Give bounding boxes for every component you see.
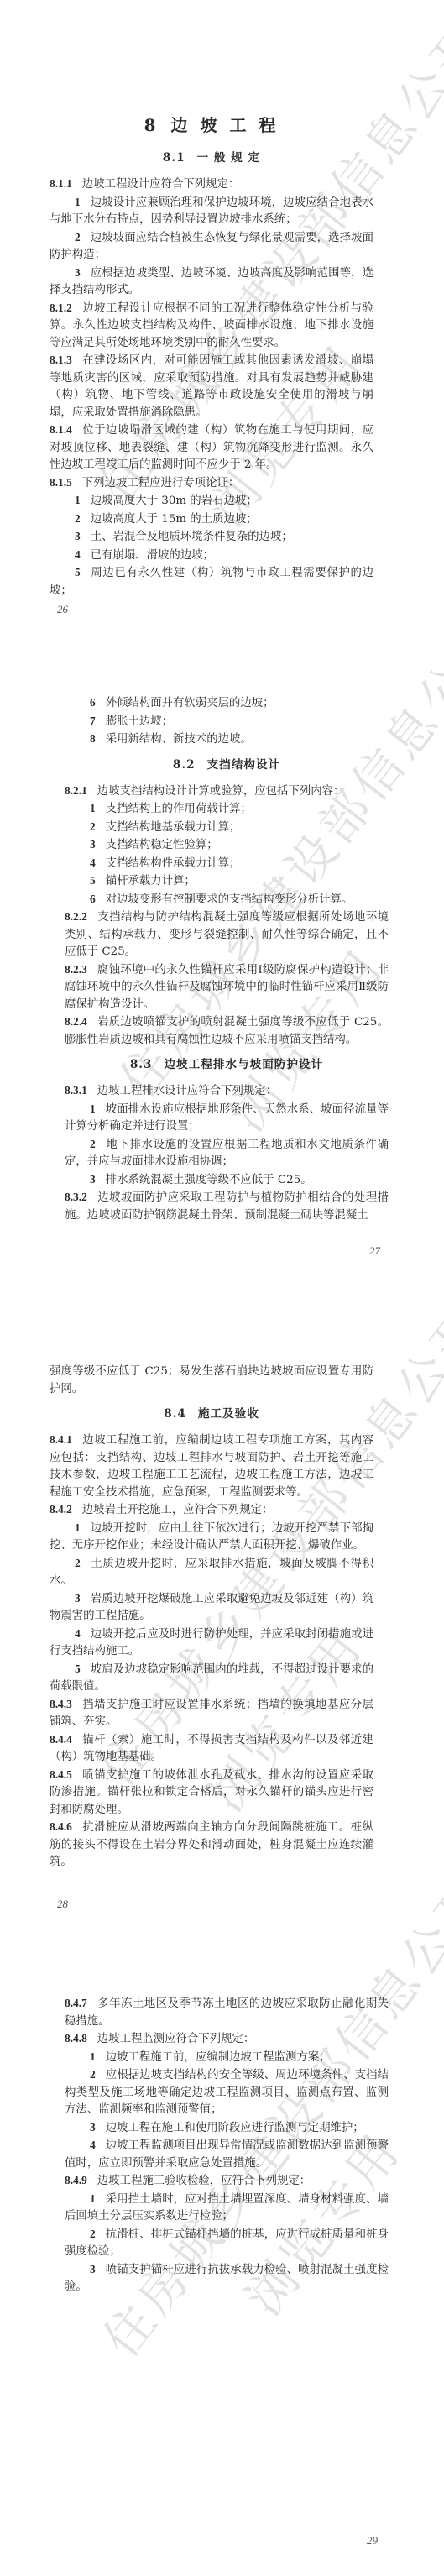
clause-number: 8.1.4 [50, 423, 72, 436]
clause-8-2-2: 8.2.2支挡结构与防护结构混凝土强度等级应根据所处场地环境类别、结构承载力、变… [65, 908, 389, 961]
clause-item: 3岩质边坡开挖爆破施工应采取避免边坡及邻近建（构）筑物震害的工程措施。 [50, 1590, 373, 1626]
item-number: 2 [75, 1557, 81, 1569]
item-number: 5 [75, 1662, 81, 1675]
clause-number: 8.1.3 [50, 353, 72, 366]
section-name: 边坡工程排水与坡面防护设计 [164, 1058, 323, 1071]
clause-text: 边坡工程设计应符合下列规定： [82, 178, 239, 191]
clause-text: 抗滑桩应从滑坡两端向主轴方向分段间隔跳桩施工。桩纵筋的接头不得设在土岩分界处和滑… [50, 1821, 373, 1868]
item-number: 2 [90, 2068, 96, 2081]
item-number: 8 [90, 732, 96, 745]
clause-item: 1边坡设计应兼顾治理和保护边坡环境，边坡应结合地表水与地下水分布特点，因势利导设… [50, 194, 373, 229]
clause-item: 1边坡工程施工前，应编制边坡工程监测方案； [65, 2049, 389, 2067]
item-number: 1 [90, 2192, 96, 2205]
clause-number: 8.4.4 [50, 1733, 72, 1746]
clause-number: 8.1.1 [50, 177, 72, 190]
item-number: 3 [75, 1592, 81, 1605]
item-number: 4 [90, 856, 96, 869]
section-title: 8.3边坡工程排水与坡面防护设计 [65, 1055, 389, 1074]
clause-text: 在建设场区内，对可能因施工或其他因素诱发滑坡、崩塌等地质灾害的区域，应采取预防措… [50, 354, 373, 419]
section-number: 8.3 [130, 1058, 153, 1071]
item-number: 4 [75, 548, 81, 561]
item-number: 5 [75, 566, 81, 579]
clause-number: 8.4.8 [65, 2032, 87, 2045]
item-number: 3 [90, 838, 96, 851]
chapter-name: 边 坡 工 程 [171, 115, 279, 135]
page-number: 26 [57, 603, 68, 616]
clause-item: 3土、岩混合及地质环境条件复杂的边坡； [50, 528, 373, 547]
item-text: 坡肩及边坡稳定影响范围内的堆载，不得超过设计要求的荷载限值。 [50, 1663, 373, 1694]
clause-item: 1支挡结构上的作用荷载计算； [65, 800, 389, 819]
clause-text: 边坡岩土开挖施工，应符合下列规定： [82, 1504, 274, 1516]
item-number: 6 [90, 696, 96, 709]
section-number: 8.1 [163, 151, 185, 165]
item-text: 支挡结构构件承载力计算； [106, 857, 241, 870]
clause-item: 3边坡工程在施工和使用阶段应进行监测与定期维护； [65, 2119, 389, 2138]
item-number: 1 [75, 494, 81, 506]
clause-text: 下列边坡工程应进行专项论证： [82, 477, 239, 490]
section-title: 8.2支挡结构设计 [65, 756, 389, 774]
item-number: 3 [75, 266, 81, 279]
item-text: 排水系统混凝土强度等级不应低于 C25。 [106, 1174, 312, 1186]
clause-8-1-1: 8.1.1边坡工程设计应符合下列规定： [50, 175, 373, 194]
clause-item: 1采用挡土墙时，应对挡土墙埋置深度、墙身材料强度、墙后回填土分层压实系数进行检验… [65, 2191, 389, 2226]
page-28: 住房城乡建设部信息公开 浏览专用 强度等级不应低于 C25；易发生落石崩块边坡坡… [0, 1285, 444, 1931]
clause-8-4-4: 8.4.4锚杆（索）施工时，不得损害支挡结构及构件以及邻近建（构）筑物地基基础。 [50, 1731, 373, 1767]
item-text: 土、岩混合及地质环境条件复杂的边坡； [91, 531, 293, 543]
section-number: 8.4 [164, 1407, 186, 1421]
clause-number: 8.4.9 [65, 2174, 87, 2186]
section-name: 支挡结构设计 [207, 758, 281, 772]
item-number: 4 [90, 2139, 96, 2151]
clause-8-1-4: 8.1.4位于边坡塌滑区域的建（构）筑物在施工与使用期间，应对坡顶位移、地表裂缝… [50, 421, 373, 474]
item-text: 周边已有永久性建（构）筑物与市政工程需要保护的边坡； [50, 567, 373, 597]
clause-8-1-3: 8.1.3在建设场区内，对可能因施工或其他因素诱发滑坡、崩塌等地质灾害的区域，应… [50, 352, 373, 421]
clause-text: 边坡工程监测应符合下列规定： [97, 2033, 254, 2045]
item-number: 2 [90, 1138, 96, 1150]
clause-text: 边坡工程设计应根据不同的工况进行整体稳定性分析与验算。永久性边坡支挡结构及构件、… [50, 302, 373, 349]
item-text: 锚杆承载力计算； [106, 875, 196, 887]
page-number: 28 [57, 1898, 68, 1911]
clause-8-2-3: 8.2.3腐蚀环境中的永久性锚杆应采用Ⅰ级防腐保护构造设计；非腐蚀环境中的永久性… [65, 961, 389, 1014]
clause-item: 7膨胀土边坡； [65, 713, 389, 731]
clause-text: 锚杆（索）施工时，不得损害支挡结构及构件以及邻近建（构）筑物地基基础。 [50, 1734, 373, 1764]
item-text: 边坡工程施工前，应编制边坡工程监测方案； [106, 2051, 331, 2064]
clause-item: 3支挡结构稳定性验算； [65, 836, 389, 855]
clause-number: 8.2.4 [65, 1015, 87, 1028]
clause-number: 8.4.1 [50, 1433, 72, 1446]
clause-item: 3排水系统混凝土强度等级不应低于 C25。 [65, 1171, 389, 1190]
clause-number: 8.4.7 [65, 1997, 87, 2009]
page-26: 住房城乡建设部信息公开 浏览专用 8边 坡 工 程 8.1一 般 规 定 8.1… [0, 0, 444, 630]
clause-text: 位于边坡塌滑区域的建（构）筑物在施工与使用期间，应对坡顶位移、地表裂缝、建（构）… [50, 424, 373, 471]
clause-8-3-1: 8.3.1边坡工程排水设计应符合下列规定： [65, 1082, 389, 1101]
item-text: 边坡高度大于 15m 的土质边坡； [91, 513, 258, 526]
item-text: 支挡结构上的作用荷载计算； [106, 803, 252, 815]
item-text: 已有崩塌、滑坡的边坡； [91, 549, 214, 562]
item-number: 4 [75, 1627, 81, 1640]
clause-8-4-1: 8.4.1边坡工程施工前，应编制边坡工程专项施工方案，其内容应包括：支挡结构、边… [50, 1432, 373, 1501]
item-text: 边坡高度大于 30m 的岩石边坡； [91, 495, 258, 507]
page-27: 住房城乡建设部信息公开 浏览专用 6外倾结构面并有软弱夹层的边坡； 7膨胀土边坡… [0, 630, 444, 1285]
clause-text: 边坡工程排水设计应符合下列规定： [97, 1085, 277, 1097]
clause-8-2-4: 8.2.4岩质边坡喷锚支护的喷射混凝土强度等级不应低于 C25。膨胀性岩质边坡和… [65, 1013, 389, 1049]
clause-item: 3应根据边坡类型、边坡环境、边坡高度及影响范围等，选择支挡结构形式。 [50, 264, 373, 300]
clause-item: 2边坡高度大于 15m 的土质边坡； [50, 510, 373, 529]
item-number: 5 [90, 874, 96, 887]
item-number: 1 [90, 2050, 96, 2063]
clause-text: 边坡工程施工验收检验，应符合下列规定： [97, 2175, 311, 2187]
clause-item: 4边坡工程监测项目出现异常情况或监测数据达到监测预警值时，应立即预警并采取应急处… [65, 2137, 389, 2172]
clause-item: 2抗滑桩、排桩式锚杆挡墙的桩基，应进行成桩质量和桩身强度检验； [65, 2226, 389, 2261]
item-text: 喷锚支护锚杆应进行抗拔承载力检验、喷射混凝土强度检验。 [65, 2264, 389, 2294]
item-text: 边坡开挖时，应由上往下依次进行；边坡开挖严禁下部掏挖、无序开挖作业；未经设计确认… [50, 1522, 373, 1552]
chapter-number: 8 [144, 115, 159, 135]
item-text: 边坡设计应兼顾治理和保护边坡环境，边坡应结合地表水与地下水分布特点，因势利导设置… [50, 196, 373, 227]
clause-item: 1边坡开挖时，应由上往下依次进行；边坡开挖严禁下部掏挖、无序开挖作业；未经设计确… [50, 1520, 373, 1555]
clause-item: 4已有崩塌、滑坡的边坡； [50, 547, 373, 565]
clause-number: 8.1.5 [50, 476, 72, 489]
clause-8-3-2-continued: 强度等级不应低于 C25；易发生落石崩块边坡坡面应设置专用防护网。 [50, 1364, 373, 1398]
item-text: 对边坡变形有控制要求的支挡结构变形分析计算。 [106, 893, 353, 906]
item-number: 1 [75, 1521, 81, 1534]
section-title: 8.1一 般 规 定 [50, 149, 373, 167]
section-number: 8.2 [173, 758, 196, 772]
chapter-title: 8边 坡 工 程 [50, 113, 373, 137]
item-text: 边坡工程在施工和使用阶段应进行监测与定期维护； [106, 2122, 364, 2134]
item-text: 外倾结构面并有软弱夹层的边坡； [106, 697, 274, 709]
clause-8-4-9: 8.4.9边坡工程施工验收检验，应符合下列规定： [65, 2172, 389, 2191]
clause-8-3-2: 8.3.2边坡坡面防护应采取工程防护与植物防护相结合的处理措施。边坡坡面防护钢筋… [65, 1189, 389, 1224]
clause-item: 5坡肩及边坡稳定影响范围内的堆载，不得超过设计要求的荷载限值。 [50, 1661, 373, 1696]
item-text: 支挡结构地基承载力计算； [106, 821, 241, 834]
clause-8-1-2: 8.1.2边坡工程设计应根据不同的工况进行整体稳定性分析与验算。永久性边坡支挡结… [50, 300, 373, 353]
section-name: 施工及验收 [198, 1407, 259, 1421]
item-number: 3 [90, 2121, 96, 2134]
clause-item: 1边坡高度大于 30m 的岩石边坡； [50, 492, 373, 510]
clause-text: 支挡结构与防护结构混凝土强度等级应根据所处场地环境类别、结构承载力、变形与裂缝控… [65, 911, 389, 958]
item-text: 应根据边坡支挡结构的安全等级、周边环境条件、支挡结构类型及施工场地等确定边坡工程… [65, 2069, 389, 2116]
clause-text: 边坡坡面防护应采取工程防护与植物防护相结合的处理措施。边坡坡面防护钢筋混凝土骨架… [65, 1191, 389, 1222]
clause-item: 8采用新结构、新技术的边坡。 [65, 730, 389, 749]
clause-8-2-1: 8.2.1边坡支挡结构设计计算或验算，应包括下列内容： [65, 783, 389, 801]
item-text: 膨胀土边坡； [106, 715, 173, 728]
clause-number: 8.2.3 [65, 963, 87, 976]
item-number: 3 [90, 2263, 96, 2275]
item-text: 抗滑桩、排桩式锚杆挡墙的桩基，应进行成桩质量和桩身强度检验； [65, 2228, 389, 2259]
item-number: 2 [90, 2228, 96, 2240]
clause-text: 边坡支挡结构设计计算或验算，应包括下列内容： [97, 785, 345, 798]
clause-8-4-2: 8.4.2边坡岩土开挖施工，应符合下列规定： [50, 1501, 373, 1520]
item-text: 坡面排水设施应根据地形条件、天然水系、坡面径流量等计算分析确定并进行设置； [65, 1103, 389, 1134]
item-number: 3 [75, 530, 81, 542]
clause-text: 多年冻土地区及季节冻土地区的边坡应采取防止融化期失稳措施。 [65, 1997, 389, 2028]
item-number: 2 [75, 231, 81, 243]
item-text: 地下排水设施的设置应根据工程地质和水文地质条件确定，并应与坡面排水设施相协调； [65, 1139, 389, 1169]
item-text: 土质边坡开挖时，应采取排水措施，坡面及坡脚不得积水。 [50, 1558, 373, 1588]
item-number: 6 [90, 893, 96, 905]
clause-text: 边坡工程施工前，应编制边坡工程专项施工方案，其内容应包括：支挡结构、边坡工程排水… [50, 1434, 373, 1499]
item-number: 1 [90, 1102, 96, 1115]
clause-number: 8.1.2 [50, 301, 72, 314]
clause-number: 8.2.2 [65, 910, 87, 923]
clause-item: 1坡面排水设施应根据地形条件、天然水系、坡面径流量等计算分析确定并进行设置； [65, 1101, 389, 1136]
item-text: 应根据边坡类型、边坡环境、边坡高度及影响范围等，选择支挡结构形式。 [50, 267, 373, 297]
clause-text: 腐蚀环境中的永久性锚杆应采用Ⅰ级防腐保护构造设计；非腐蚀环境中的永久性锚杆及腐蚀… [65, 964, 389, 1011]
page-number: 27 [369, 1244, 380, 1258]
clause-item: 2地下排水设施的设置应根据工程地质和水文地质条件确定，并应与坡面排水设施相协调； [65, 1136, 389, 1171]
clause-item: 4支挡结构构件承载力计算； [65, 855, 389, 873]
clause-8-4-6: 8.4.6抗滑桩应从滑坡两端向主轴方向分段间隔跳桩施工。桩纵筋的接头不得设在土岩… [50, 1819, 373, 1872]
clause-8-4-7: 8.4.7多年冻土地区及季节冻土地区的边坡应采取防止融化期失稳措施。 [65, 1995, 389, 2030]
item-text: 边坡坡面应结合植被生态恢复与绿化景观需要，选择坡面防护构造； [50, 232, 373, 262]
section-name: 一 般 规 定 [197, 151, 261, 165]
clause-number: 8.4.3 [50, 1698, 72, 1710]
clause-item: 2边坡坡面应结合植被生态恢复与绿化景观需要，选择坡面防护构造； [50, 229, 373, 264]
clause-text: 挡墙支护施工时应设置排水系统；挡墙的换填地基应分层铺筑、夯实。 [50, 1699, 373, 1729]
clause-item: 4边坡开挖后应及时进行防护处理，并应采取封闭措施或进行支挡结构施工。 [50, 1626, 373, 1661]
item-text: 边坡开挖后应及时进行防护处理，并应采取封闭措施或进行支挡结构施工。 [50, 1628, 373, 1658]
clause-number: 8.2.1 [65, 784, 87, 797]
item-number: 7 [90, 715, 96, 727]
item-number: 3 [90, 1173, 96, 1186]
item-number: 1 [75, 196, 81, 208]
clause-item: 6对边坡变形有控制要求的支挡结构变形分析计算。 [65, 891, 389, 909]
item-number: 2 [75, 512, 81, 525]
clause-item: 3喷锚支护锚杆应进行抗拔承载力检验、喷射混凝土强度检验。 [65, 2261, 389, 2296]
clause-item: 2应根据边坡支挡结构的安全等级、周边环境条件、支挡结构类型及施工场地等确定边坡工… [65, 2066, 389, 2119]
clause-8-4-5: 8.4.5喷锚支护施工的坡体泄水孔及截水、排水沟的设置应采取防渗措施。锚杆张拉和… [50, 1767, 373, 1819]
clause-text: 喷锚支护施工的坡体泄水孔及截水、排水沟的设置应采取防渗措施。锚杆张拉和锁定合格后… [50, 1769, 373, 1816]
clause-item: 5锚杆承载力计算； [65, 872, 389, 891]
clause-8-4-8: 8.4.8边坡工程监测应符合下列规定： [65, 2030, 389, 2049]
clause-item: 5周边已有永久性建（构）筑物与市政工程需要保护的边坡； [50, 564, 373, 599]
clause-8-1-5: 8.1.5下列边坡工程应进行专项论证： [50, 474, 373, 493]
clause-number: 8.3.2 [65, 1191, 87, 1203]
item-text: 采用新结构、新技术的边坡。 [106, 733, 252, 746]
section-title: 8.4施工及验收 [50, 1405, 373, 1423]
item-number: 2 [90, 820, 96, 833]
clause-8-4-3: 8.4.3挡墙支护施工时应设置排水系统；挡墙的换填地基应分层铺筑、夯实。 [50, 1696, 373, 1731]
clause-item: 2支挡结构地基承载力计算； [65, 819, 389, 837]
clause-number: 8.3.1 [65, 1084, 87, 1097]
clause-number: 8.4.2 [50, 1503, 72, 1516]
page-29: 住房城乡建设部信息公开 浏览专用 8.4.7多年冻土地区及季节冻土地区的边坡应采… [0, 1931, 444, 2576]
item-text: 支挡结构稳定性验算； [106, 839, 218, 851]
clause-number: 8.4.6 [50, 1820, 72, 1833]
clause-text: 岩质边坡喷锚支护的喷射混凝土强度等级不应低于 C25。膨胀性岩质边坡和具有腐蚀性… [65, 1016, 389, 1046]
clause-item: 6外倾结构面并有软弱夹层的边坡； [65, 694, 389, 713]
item-text: 采用挡土墙时，应对挡土墙埋置深度、墙身材料强度、墙后回填土分层压实系数进行检验； [65, 2193, 389, 2223]
clause-item: 2土质边坡开挖时，应采取排水措施，坡面及坡脚不得积水。 [50, 1555, 373, 1590]
clause-number: 8.4.5 [50, 1768, 72, 1781]
item-text: 边坡工程监测项目出现异常情况或监测数据达到监测预警值时，应立即预警并采取应急处置… [65, 2139, 389, 2170]
page-number: 29 [367, 2534, 378, 2547]
item-text: 岩质边坡开挖爆破施工应采取避免边坡及邻近建（构）筑物震害的工程措施。 [50, 1593, 373, 1623]
item-number: 1 [90, 802, 96, 814]
